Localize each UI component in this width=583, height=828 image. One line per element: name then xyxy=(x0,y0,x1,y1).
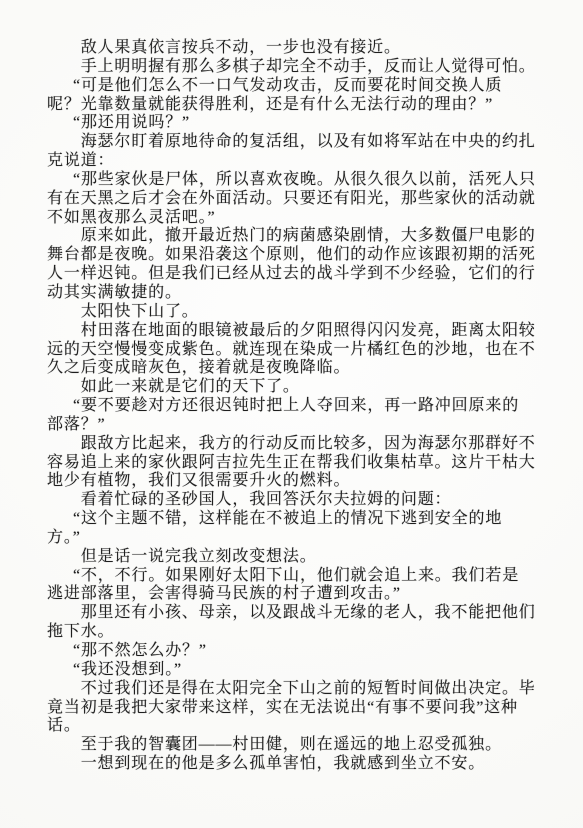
text-line: 那里还有小孩、母亲，以及跟战斗无缘的老人，我不能把他们 xyxy=(47,604,539,623)
text-line: 地少有植物，我们又很需要升火的燃料。 xyxy=(47,472,539,491)
text-line: 呢？光靠数量就能获得胜利，还是有什么无法行动的理由？” xyxy=(47,96,539,115)
text-line: 竟当初是我把大家带来这样，实在无法说出“有事不要问我”这种 xyxy=(47,699,539,718)
text-line: 太阳快下山了。 xyxy=(47,303,539,322)
text-line: 动其实满敏捷的。 xyxy=(47,284,539,303)
novel-text-block: 敌人果真依言按兵不动，一步也没有接近。 手上明明握有那么多棋子却完全不动手，反而… xyxy=(47,39,539,774)
text-line: 看着忙碌的圣砂国人，我回答沃尔夫拉姆的问题： xyxy=(47,491,539,510)
text-line: 不过我们还是得在太阳完全下山之前的短暂时间做出决定。毕 xyxy=(47,680,539,699)
text-line: 方。” xyxy=(47,529,539,548)
text-line: 但是话一说完我立刻改变想法。 xyxy=(47,548,539,567)
text-line: 原来如此，撤开最近热门的病菌感染剧情，大多数僵尸电影的 xyxy=(47,227,539,246)
text-line: 一想到现在的他是多么孤单害怕，我就感到坐立不安。 xyxy=(47,755,539,774)
text-line: 舞台都是夜晚。如果沿袭这个原则，他们的动作应该跟初期的活死 xyxy=(47,246,539,265)
text-line: 至于我的智囊团——村田健，则在遥远的地上忍受孤独。 xyxy=(47,736,539,755)
text-line: “那还用说吗？” xyxy=(47,114,539,133)
text-line: 容易追上来的家伙跟阿吉拉先生正在帮我们收集枯草。这片干枯大 xyxy=(47,454,539,473)
text-line: “不，不行。如果刚好太阳下山，他们就会追上来。我们若是 xyxy=(47,567,539,586)
text-line: 村田落在地面的眼镜被最后的夕阳照得闪闪发亮，距离太阳较 xyxy=(47,322,539,341)
text-line: “那不然怎么办？” xyxy=(47,642,539,661)
text-line: 人一样迟钝。但是我们已经从过去的战斗学到不少经验，它们的行 xyxy=(47,265,539,284)
text-line: “那些家伙是尸体，所以喜欢夜晚。从很久很久以前，活死人只 xyxy=(47,171,539,190)
text-line: 有在天黑之后才会在外面活动。只要还有阳光，那些家伙的活动就 xyxy=(47,190,539,209)
text-line: “我还没想到。” xyxy=(47,661,539,680)
text-line: 话。 xyxy=(47,717,539,736)
text-line: 敌人果真依言按兵不动，一步也没有接近。 xyxy=(47,39,539,58)
scanned-page-background: 敌人果真依言按兵不动，一步也没有接近。 手上明明握有那么多棋子却完全不动手，反而… xyxy=(0,0,583,828)
text-line: 手上明明握有那么多棋子却完全不动手，反而让人觉得可怕。 xyxy=(47,58,539,77)
text-line: 不如黑夜那么灵活吧。” xyxy=(47,209,539,228)
text-line: 久之后变成暗灰色，接着就是夜晚降临。 xyxy=(47,359,539,378)
text-line: 克说道： xyxy=(47,152,539,171)
text-line: 逃进部落里，会害得骑马民族的村子遭到攻击。” xyxy=(47,585,539,604)
text-line: “可是他们怎么不一口气发动攻击，反而要花时间交换人质 xyxy=(47,77,539,96)
text-line: 跟敌方比起来，我方的行动反而比较多，因为海瑟尔那群好不 xyxy=(47,435,539,454)
text-line: 海瑟尔盯着原地待命的复活组，以及有如将军站在中央的约扎 xyxy=(47,133,539,152)
text-line: “这个主题不错，这样能在不被追上的情况下逃到安全的地 xyxy=(47,510,539,529)
text-line: 部落？” xyxy=(47,416,539,435)
text-line: 远的天空慢慢变成紫色。就连现在染成一片橘红色的沙地，也在不 xyxy=(47,341,539,360)
text-line: 如此一来就是它们的天下了。 xyxy=(47,378,539,397)
text-line: “要不要趁对方还很迟钝时把上人夺回来，再一路冲回原来的 xyxy=(47,397,539,416)
text-line: 拖下水。 xyxy=(47,623,539,642)
